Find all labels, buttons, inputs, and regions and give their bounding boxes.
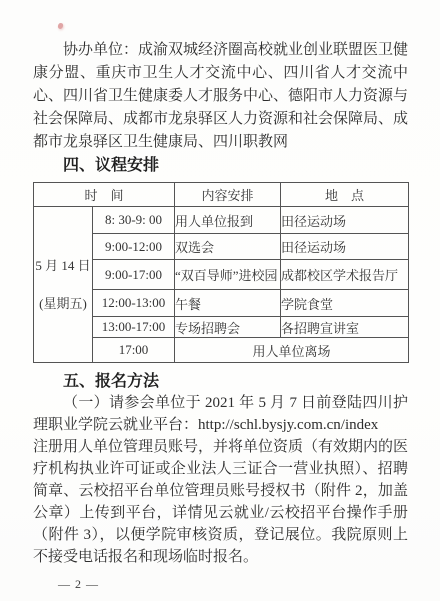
time-cell: 17:00 <box>93 338 175 363</box>
time-cell: 8: 30-9: 00 <box>93 207 175 234</box>
location-cell: 田径运动场 <box>281 234 409 260</box>
merged-content-cell: 用人单位离场 <box>175 338 409 363</box>
weekday-text: (星期五) <box>34 294 92 314</box>
time-cell: 9:00-12:00 <box>93 234 175 260</box>
content-cell: 午餐 <box>175 290 281 317</box>
table-row: 5 月 14 日 (星期五) 8: 30-9: 00 用人单位报到 田径运动场 <box>34 207 409 234</box>
red-ink-mark <box>57 23 63 30</box>
agenda-table: 时 间 内容安排 地 点 5 月 14 日 (星期五) 8: 30-9: 00 … <box>33 182 409 363</box>
date-cell: 5 月 14 日 (星期五) <box>34 207 93 363</box>
agenda-header-row: 时 间 内容安排 地 点 <box>34 183 409 207</box>
content-cell: 双选会 <box>175 234 281 260</box>
location-cell: 学院食堂 <box>281 290 409 317</box>
column-header-time: 时 间 <box>34 183 175 207</box>
location-cell: 田径运动场 <box>281 207 409 234</box>
time-cell: 12:00-13:00 <box>93 290 175 317</box>
co-organizers-paragraph: 协办单位：成渝双城经济圈高校就业创业联盟医卫健康分盟、重庆市卫生人才交流中心、四… <box>33 39 408 154</box>
location-cell: 各招聘宣讲室 <box>281 317 409 338</box>
content-cell: 用人单位报到 <box>175 207 281 234</box>
page-number: — 2 — <box>58 577 99 592</box>
column-header-content: 内容安排 <box>175 183 281 207</box>
agenda-heading: 四、议程安排 <box>63 156 440 176</box>
column-header-location: 地 点 <box>281 183 409 207</box>
date-text: 5 月 14 日 <box>34 256 92 276</box>
content-cell: “双百导师”进校园 <box>175 260 281 290</box>
registration-paragraph-1: （一）请参会单位于 2021 年 5 月 7 日前登陆四川护理职业学院云就业平台… <box>33 392 408 436</box>
registration-heading: 五、报名方法 <box>63 372 440 392</box>
document-page: 协办单位：成渝双城经济圈高校就业创业联盟医卫健康分盟、重庆市卫生人才交流中心、四… <box>0 0 440 601</box>
time-cell: 9:00-17:00 <box>93 260 175 290</box>
platform-url: http://schl.bysjy.com.cn/index <box>198 417 378 433</box>
location-cell: 成都校区学术报告厅 <box>281 260 409 290</box>
content-cell: 专场招聘会 <box>175 317 281 338</box>
registration-paragraph-2: 注册用人单位管理员账号，并将单位资质（有效期内的医疗机构执业许可证或企业法人三证… <box>33 436 408 568</box>
time-cell: 13:00-17:00 <box>93 317 175 338</box>
